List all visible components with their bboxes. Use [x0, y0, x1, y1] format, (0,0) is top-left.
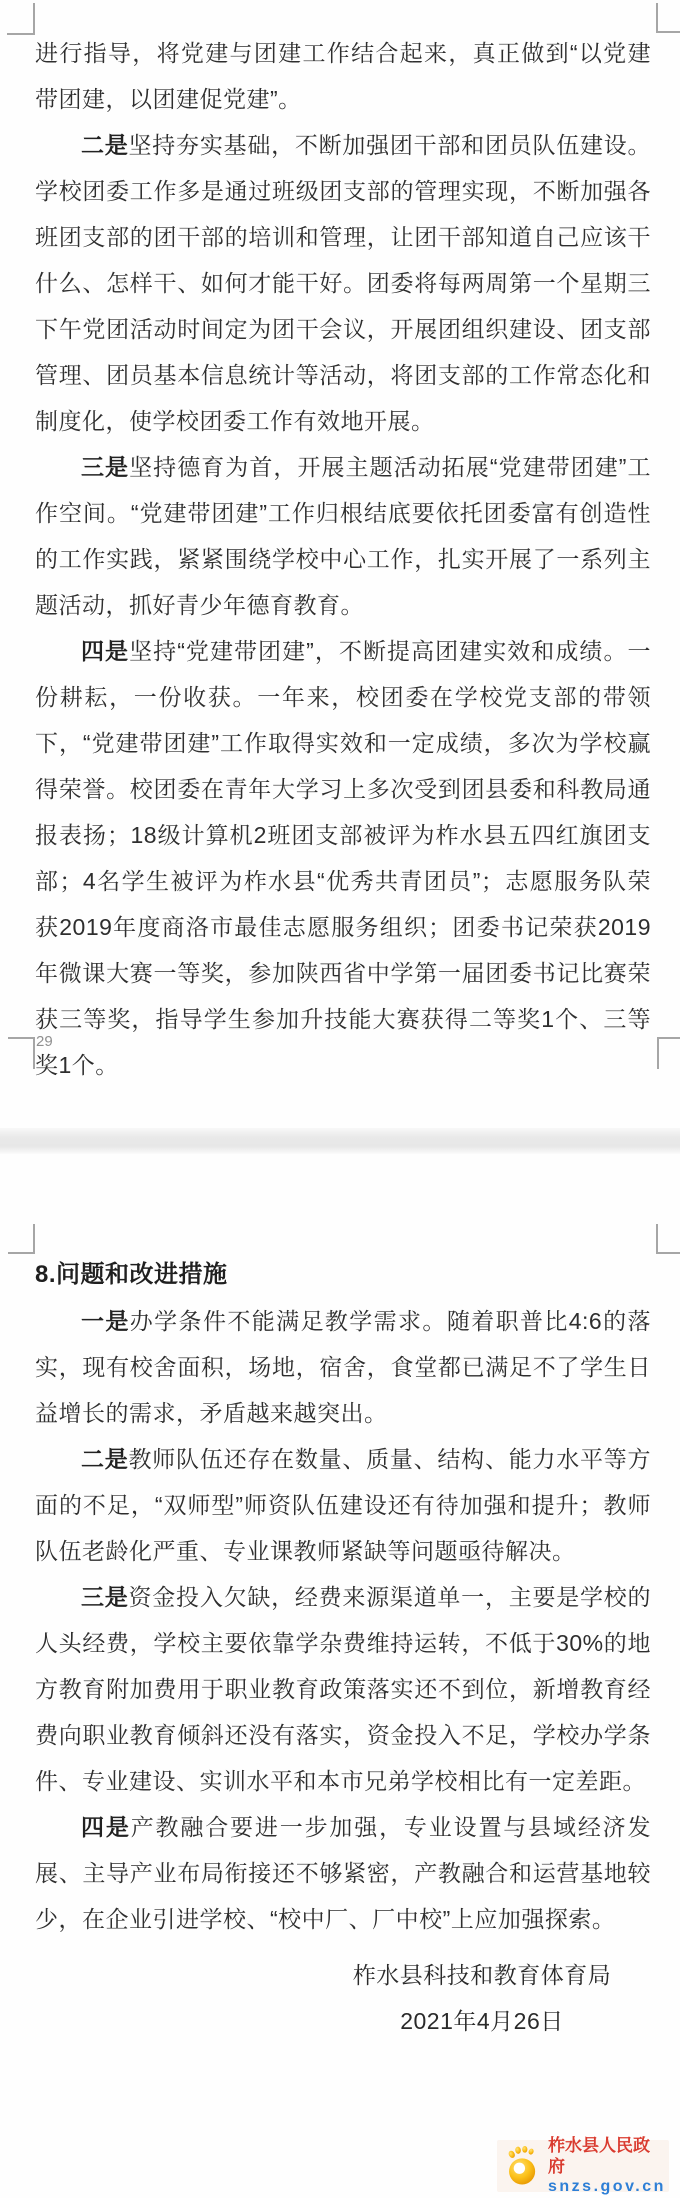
page1-text: 进行指导，将党建与团建工作结合起来，真正做到“以党建带团建，以团建促党建”。 二…	[35, 30, 651, 1088]
crop-mark-page2-top-left	[8, 1224, 35, 1254]
issue-date: 2021年4月26日	[284, 1998, 680, 2044]
page2-text: 8.问题和改进措施 一是办学条件不能满足教学需求。随着职普比4:6的落实，现有校…	[35, 1252, 651, 1942]
paragraph-lead: 二是	[81, 132, 129, 158]
paragraph: 四是产教融合要进一步加强，专业设置与县域经济发展、主导产业布局衔接还不够紧密，产…	[35, 1804, 651, 1942]
page-number: 29	[36, 1034, 53, 1049]
site-url: snzs.gov.cn	[548, 2177, 666, 2197]
crop-mark-page2-top-right	[656, 1224, 680, 1254]
crop-mark-top-right	[656, 3, 680, 33]
crop-mark-top-left	[7, 3, 35, 35]
paragraph-lead: 三是	[81, 1584, 129, 1610]
site-name: 柞水县人民政府	[548, 2135, 666, 2177]
site-watermark-text: 柞水县人民政府 snzs.gov.cn	[548, 2135, 666, 2197]
page-separator	[0, 1128, 680, 1154]
paragraph: 进行指导，将党建与团建工作结合起来，真正做到“以党建带团建，以团建促党建”。	[35, 30, 651, 122]
paragraph-lead: 二是	[81, 1446, 129, 1472]
site-watermark-badge[interactable]: 柞水县人民政府 snzs.gov.cn	[497, 2140, 669, 2192]
paragraph-lead: 四是	[81, 1814, 131, 1840]
document-scan: 进行指导，将党建与团建工作结合起来，真正做到“以党建带团建，以团建促党建”。 二…	[0, 0, 680, 2198]
crop-mark-page1-bottom-left	[8, 1037, 35, 1069]
paragraph-text: 坚持“党建带团建”，不断提高团建实效和成绩。一份耕耘，一份收获。一年来，校团委在…	[35, 638, 651, 1078]
section-heading: 8.问题和改进措施	[35, 1252, 651, 1298]
paragraph: 一是办学条件不能满足教学需求。随着职普比4:6的落实，现有校舍面积，场地，宿舍，…	[35, 1298, 651, 1436]
paragraph: 四是坚持“党建带团建”，不断提高团建实效和成绩。一份耕耘，一份收获。一年来，校团…	[35, 628, 651, 1088]
paragraph-text: 进行指导，将党建与团建工作结合起来，真正做到“以党建带团建，以团建促党建”。	[35, 40, 651, 112]
paragraph-lead: 四是	[81, 638, 129, 664]
paragraph: 二是教师队伍还存在数量、质量、结构、能力水平等方面的不足，“双师型”师资队伍建设…	[35, 1436, 651, 1574]
crop-mark-page1-bottom-right	[657, 1037, 680, 1069]
signoff-block: 柞水县科技和教育体育局 2021年4月26日	[284, 1952, 680, 2044]
paragraph-lead: 三是	[81, 454, 129, 480]
paragraph-lead: 一是	[81, 1308, 130, 1334]
issuing-authority: 柞水县科技和教育体育局	[284, 1952, 680, 1998]
paragraph-text: 资金投入欠缺，经费来源渠道单一，主要是学校的人头经费，学校主要依靠学杂费维持运转…	[35, 1584, 651, 1794]
paragraph: 三是资金投入欠缺，经费来源渠道单一，主要是学校的人头经费，学校主要依靠学杂费维持…	[35, 1574, 651, 1804]
footprint-icon	[505, 2145, 541, 2187]
paragraph-text: 坚持夯实基础，不断加强团干部和团员队伍建设。学校团委工作多是通过班级团支部的管理…	[35, 132, 651, 434]
paragraph: 三是坚持德育为首，开展主题活动拓展“党建带团建”工作空间。“党建带团建”工作归根…	[35, 444, 651, 628]
paragraph: 二是坚持夯实基础，不断加强团干部和团员队伍建设。学校团委工作多是通过班级团支部的…	[35, 122, 651, 444]
